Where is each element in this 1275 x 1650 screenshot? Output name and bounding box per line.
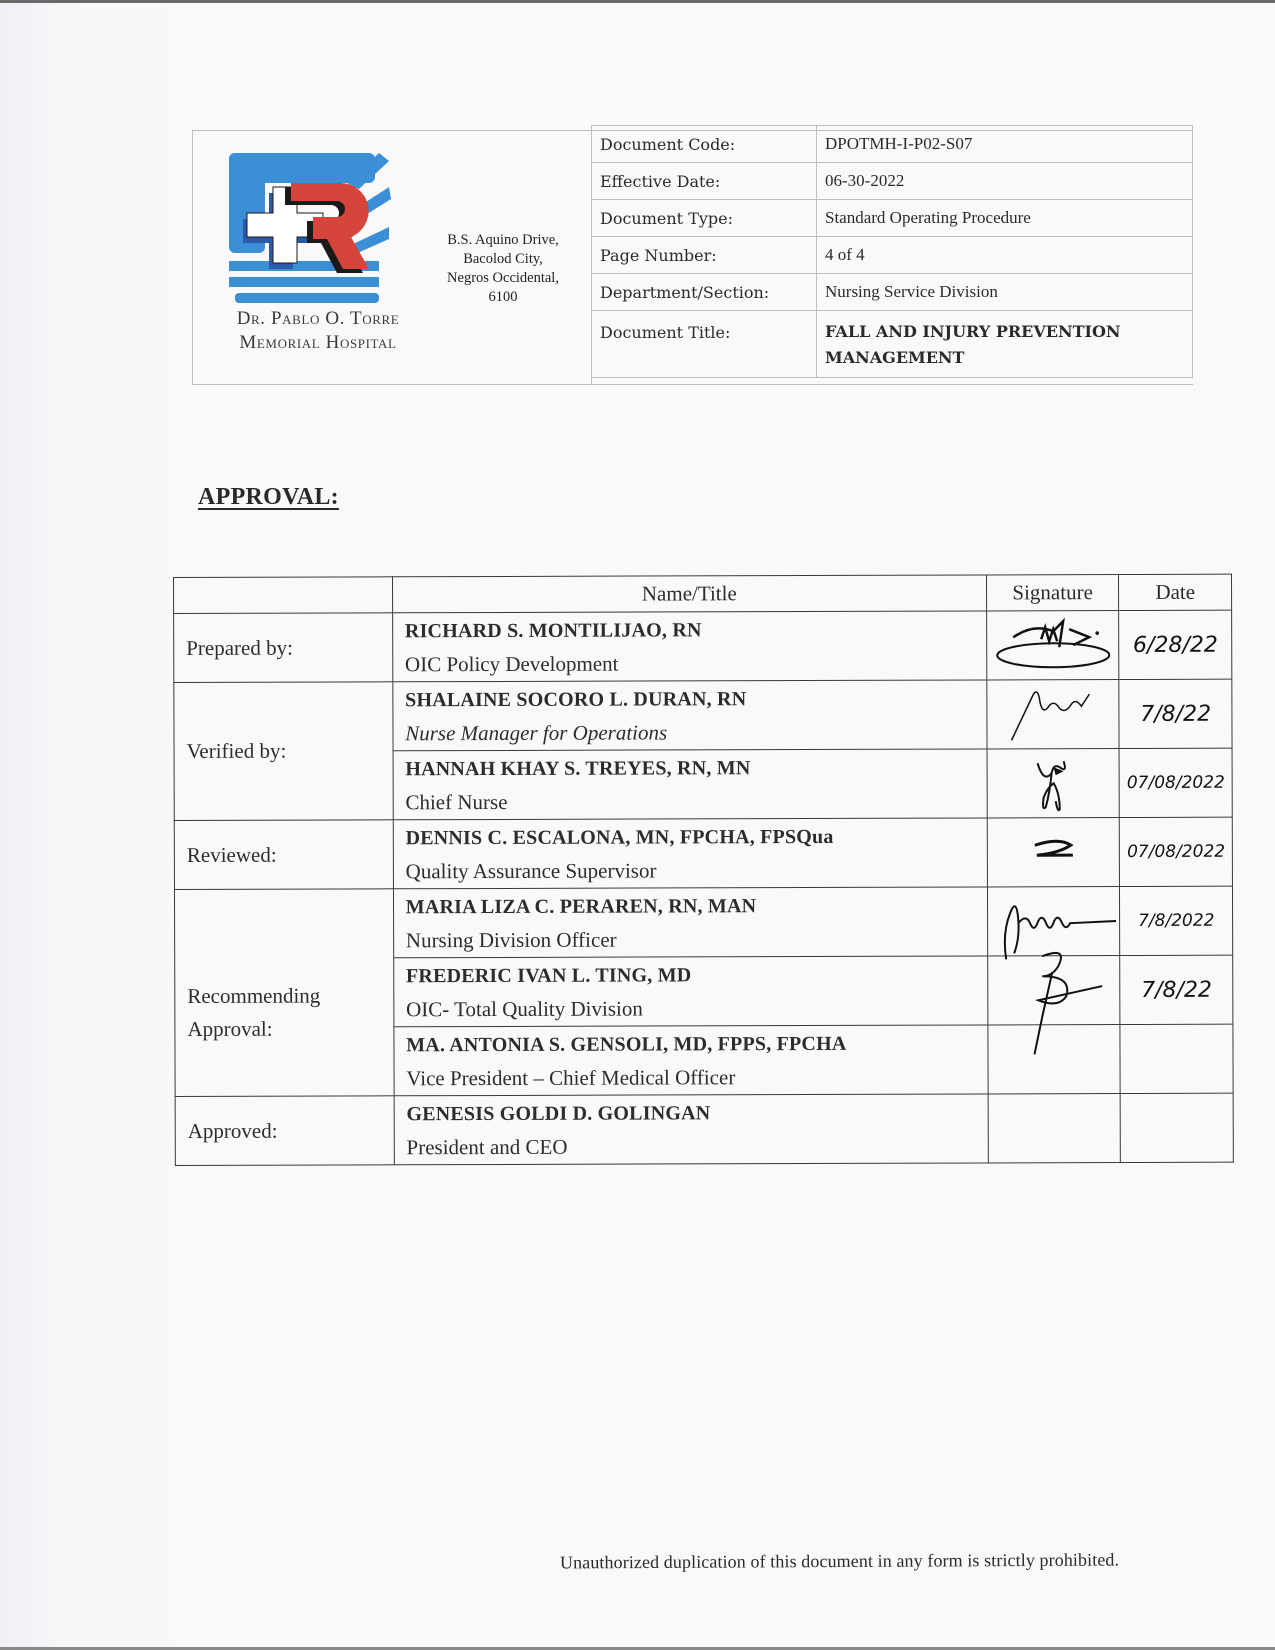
duplication-notice: Unauthorized duplication of this documen… <box>560 1550 1119 1574</box>
handwritten-signature-icon <box>989 837 1119 867</box>
meta-label: Page Number: <box>592 237 817 274</box>
document-metadata-table: Document Code: DPOTMH-I-P02-S07 Effectiv… <box>591 125 1193 378</box>
meta-row-document-title: Document Title: FALL AND INJURY PREVENTI… <box>592 311 1193 378</box>
column-header-role <box>174 577 393 614</box>
signature-cell <box>988 1025 1121 1094</box>
approver-name: SHALAINE SOCORO L. DURAN, RN <box>405 682 974 717</box>
approver-name: MARIA LIZA C. PERAREN, RN, MAN <box>406 889 975 924</box>
approver-title: Nursing Division Officer <box>406 922 975 957</box>
meta-row-document-type: Document Type: Standard Operating Proced… <box>592 200 1193 237</box>
approver-name: RICHARD S. MONTILIJAO, RN <box>405 613 974 648</box>
signature-date: 07/08/2022 <box>1119 748 1232 817</box>
approver-name-title: FREDERIC IVAN L. TING, MDOIC- Total Qual… <box>393 956 987 1027</box>
approver-name: GENESIS GOLDI D. GOLINGAN <box>406 1096 975 1131</box>
signature-date: 7/8/22 <box>1120 955 1233 1024</box>
effective-date: 06-30-2022 <box>817 163 1193 200</box>
signature-cell <box>987 818 1120 887</box>
approval-table-header: Name/Title Signature Date <box>174 574 1232 613</box>
approval-heading: APPROVAL: <box>198 484 339 511</box>
approver-title: Nurse Manager for Operations <box>405 715 974 750</box>
meta-row-effective-date: Effective Date: 06-30-2022 <box>592 163 1193 200</box>
handwritten-date: 07/08/2022 <box>1127 773 1225 793</box>
approval-role: Verified by: <box>174 682 393 821</box>
address-line: Negros Occidental, <box>423 269 583 288</box>
signature-cell <box>988 1094 1121 1163</box>
approval-table: Name/Title Signature Date Prepared by:RI… <box>173 574 1234 1166</box>
address-line: 6100 <box>423 288 583 307</box>
hospital-identity-cell: Dr. Pablo O. Torre Memorial Hospital B.S… <box>193 131 592 384</box>
meta-row-page-number: Page Number: 4 of 4 <box>592 237 1193 274</box>
hospital-name: Dr. Pablo O. Torre Memorial Hospital <box>203 307 433 355</box>
signature-date: 07/08/2022 <box>1120 817 1233 886</box>
meta-label: Document Type: <box>592 200 817 237</box>
hospital-name-line2: Memorial Hospital <box>203 331 433 355</box>
page-number: 4 of 4 <box>817 237 1193 274</box>
address-line: Bacolod City, <box>423 250 583 269</box>
document-page: Dr. Pablo O. Torre Memorial Hospital B.S… <box>0 0 1275 1650</box>
approval-role: Reviewed: <box>174 820 393 890</box>
document-header: Dr. Pablo O. Torre Memorial Hospital B.S… <box>192 130 1193 385</box>
hospital-address: B.S. Aquino Drive, Bacolod City, Negros … <box>423 231 583 307</box>
document-type: Standard Operating Procedure <box>817 200 1193 237</box>
handwritten-signature-icon <box>988 753 1118 813</box>
handwritten-date: 7/8/22 <box>1141 977 1212 1002</box>
approver-name-title: SHALAINE SOCORO L. DURAN, RNNurse Manage… <box>393 680 987 751</box>
handwritten-date: 7/8/2022 <box>1138 911 1214 931</box>
approver-name: MA. ANTONIA S. GENSOLI, MD, FPPS, FPCHA <box>406 1027 975 1062</box>
column-header-signature: Signature <box>986 575 1119 611</box>
signature-date: 6/28/22 <box>1119 610 1232 679</box>
meta-label: Document Code: <box>592 126 817 163</box>
signature-date: 7/8/2022 <box>1120 886 1233 955</box>
address-line: B.S. Aquino Drive, <box>423 231 583 250</box>
signature-date <box>1120 1024 1233 1093</box>
approver-title: President and CEO <box>406 1129 975 1164</box>
signature-cell <box>986 611 1119 680</box>
approver-name-title: DENNIS C. ESCALONA, MN, FPCHA, FPSQuaQua… <box>393 818 987 889</box>
handwritten-date: 7/8/22 <box>1140 701 1211 726</box>
document-code: DPOTMH-I-P02-S07 <box>817 126 1193 163</box>
approver-name-title: MARIA LIZA C. PERAREN, RN, MANNursing Di… <box>393 887 987 958</box>
approval-role: Recommending Approval: <box>174 889 393 1097</box>
meta-label: Department/Section: <box>592 274 817 311</box>
approval-role: Approved: <box>175 1096 394 1166</box>
approver-title: OIC- Total Quality Division <box>406 991 975 1026</box>
approver-name: FREDERIC IVAN L. TING, MD <box>406 958 975 993</box>
approver-title: Vice President – Chief Medical Officer <box>406 1060 975 1095</box>
column-header-name-title: Name/Title <box>392 575 986 613</box>
approval-row: Prepared by:RICHARD S. MONTILIJAO, RNOIC… <box>174 610 1232 682</box>
handwritten-signature-icon <box>988 684 1118 744</box>
meta-row-document-code: Document Code: DPOTMH-I-P02-S07 <box>592 126 1193 163</box>
hospital-cross-r-logo-icon <box>229 153 391 305</box>
approver-name-title: GENESIS GOLDI D. GOLINGANPresident and C… <box>394 1094 988 1165</box>
meta-label: Document Title: <box>592 311 817 378</box>
handwritten-date: 07/08/2022 <box>1127 842 1225 862</box>
approver-title: Quality Assurance Supervisor <box>406 853 975 888</box>
handwritten-signature-icon <box>988 617 1118 673</box>
approver-name: HANNAH KHAY S. TREYES, RN, MN <box>405 751 974 786</box>
signature-cell <box>987 680 1120 749</box>
approver-name: DENNIS C. ESCALONA, MN, FPCHA, FPSQua <box>406 820 975 855</box>
approver-name-title: RICHARD S. MONTILIJAO, RNOIC Policy Deve… <box>392 611 986 682</box>
scan-edge-top <box>0 0 1275 3</box>
approval-role: Prepared by: <box>174 613 393 683</box>
handwritten-date: 6/28/22 <box>1133 632 1218 657</box>
department-section: Nursing Service Division <box>817 274 1193 311</box>
column-header-date: Date <box>1119 574 1232 610</box>
signature-date: 7/8/22 <box>1119 679 1232 748</box>
meta-row-department: Department/Section: Nursing Service Divi… <box>592 274 1193 311</box>
approver-name-title: HANNAH KHAY S. TREYES, RN, MNChief Nurse <box>393 749 987 820</box>
approver-title: Chief Nurse <box>405 784 974 819</box>
document-title: FALL AND INJURY PREVENTION MANAGEMENT <box>817 311 1193 378</box>
approval-row: Approved:GENESIS GOLDI D. GOLINGANPresid… <box>175 1093 1233 1165</box>
approver-name-title: MA. ANTONIA S. GENSOLI, MD, FPPS, FPCHAV… <box>394 1025 988 1096</box>
approval-row: Reviewed:DENNIS C. ESCALONA, MN, FPCHA, … <box>174 817 1232 889</box>
approval-row: Verified by:SHALAINE SOCORO L. DURAN, RN… <box>174 679 1232 751</box>
signature-cell <box>987 956 1120 1025</box>
signature-date <box>1121 1093 1234 1162</box>
meta-label: Effective Date: <box>592 163 817 200</box>
signature-cell <box>987 749 1120 818</box>
approver-title: OIC Policy Development <box>405 646 974 681</box>
hospital-name-line1: Dr. Pablo O. Torre <box>203 307 433 331</box>
